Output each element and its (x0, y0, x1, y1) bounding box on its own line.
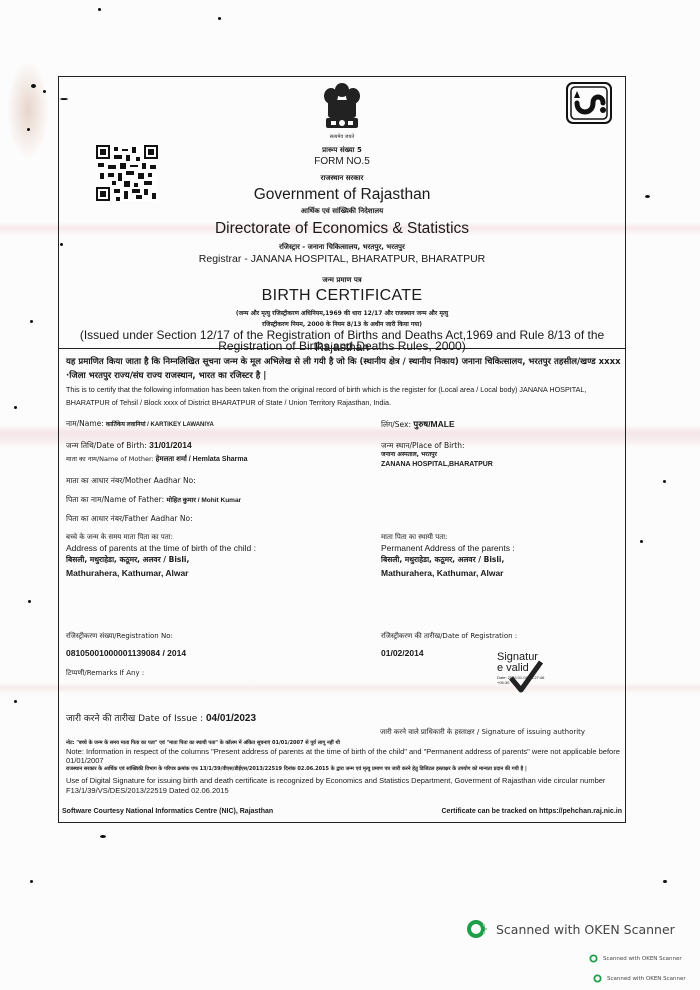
mother-aadhar-field: माता का आधार नंबर/Mother Aadhar No: (66, 475, 196, 486)
certify-english: This is to certify that the following in… (66, 383, 622, 409)
svg-text:सत्यमेव जयते: सत्यमेव जयते (330, 133, 355, 140)
scan-speck (43, 90, 46, 93)
oken-watermark-small-1: Scanned with OKEN Scanner (589, 954, 682, 963)
scan-speck (27, 128, 30, 131)
permanent-address: माता पिता का स्थायी पता: Permanent Addre… (381, 532, 515, 579)
pob-value: ZANANA HOSPITAL,BHARATPUR (381, 461, 493, 468)
scan-speck (14, 700, 17, 703)
father-aadhar-field: पिता का आधार नंबर/Father Aadhar No: (66, 513, 193, 524)
scan-speck (30, 320, 33, 323)
oken-logo-icon (466, 919, 488, 939)
scan-speck (645, 195, 650, 198)
govt-hindi: राजस्थान सरकार (58, 174, 626, 183)
mother-name-field: माता का नाम/Name of Mother: हेमलता शर्मा… (66, 454, 248, 464)
address-at-birth: बच्चे के जन्म के समय माता पिता का पता: A… (66, 532, 256, 579)
digital-signature: Signatur e valid Date: 2023.01.04 14:27:… (497, 652, 557, 702)
issued-hindi-1: (जन्म और मृत्यु रजिस्ट्रीकरण अधिनियम,196… (58, 309, 626, 317)
govt-title: Government of Rajasthan (58, 186, 626, 204)
registrar-title: Registrar - JANANA HOSPITAL, BHARATPUR, … (58, 253, 626, 265)
directorate-title: Directorate of Economics & Statistics (58, 220, 626, 238)
signature-checkmark-icon (507, 660, 543, 696)
scan-speck (28, 600, 31, 603)
oken-watermark-small-2: Scanned with OKEN Scanner (593, 974, 686, 983)
scan-speck (663, 880, 667, 883)
issue-date-field: जारी करने की तारीख Date of Issue : 04/01… (66, 711, 256, 724)
name-field: नाम/Name: कार्तिकेय लवानियां / KARTIKEY … (66, 419, 214, 429)
pob-hindi: जनाना अस्पताल, भरतपुर (381, 450, 437, 458)
certificate-footer: Software Courtesy National Informatics C… (62, 808, 624, 815)
scan-speck (100, 835, 106, 838)
certify-hindi: यह प्रमाणित किया जाता है कि निम्नलिखित स… (66, 355, 622, 383)
reg-no-label: रजिस्ट्रीकरण संख्या/Registration No: (66, 630, 173, 641)
form-no: FORM NO.5 (58, 156, 626, 167)
scan-speck (60, 98, 68, 100)
oken-logo-icon (589, 954, 598, 963)
tracking-link[interactable]: Certificate can be tracked on https://pe… (442, 808, 623, 815)
note-section: नोट: "बच्चे के जन्म के समय माता पिता का … (66, 740, 622, 796)
reg-date-value: 01/02/2014 (381, 648, 424, 658)
scan-speck (60, 243, 63, 246)
scan-speck (218, 17, 221, 20)
father-name-field: पिता का नाम/Name of Father: मोहित कुमार … (66, 494, 241, 505)
reg-no-value: 08105001000001139084 / 2014 (66, 648, 186, 658)
form-no-hindi: प्रारूप संख्या 5 (58, 146, 626, 155)
reg-date-label: रजिस्ट्रीकरण की तारीख/Date of Registrati… (381, 630, 517, 641)
pehchan-logo-icon (566, 82, 612, 124)
scan-speck (14, 406, 17, 409)
remarks-field: टिप्पणी/Remarks If Any : (66, 667, 144, 678)
issuing-authority-signature: जारी करने वाले प्राधिकारी के हस्ताक्षर /… (380, 727, 585, 737)
scan-speck (663, 480, 666, 483)
dob-field: जन्म तिथि/Date of Birth: 31/01/2014 (66, 440, 192, 451)
national-emblem-icon: सत्यमेव जयते (318, 80, 366, 142)
cert-title-hindi: जन्म प्रमाण पत्र (58, 276, 626, 285)
registrar-hindi: रजिस्ट्रार - जनाना चिकित्सालय, भरतपुर, भ… (58, 243, 626, 252)
oken-logo-icon (593, 974, 602, 983)
issued-hindi-2: रजिस्ट्रीकरण नियम, 2000 के नियम 8/13 के … (58, 320, 626, 328)
oken-watermark-large: Scanned with OKEN Scanner (466, 919, 675, 939)
issued-english-2: Registration of Births and Deaths Rules,… (58, 340, 626, 352)
directorate-hindi: आर्थिक एवं सांख्यिकी निदेशालय (58, 207, 626, 216)
scan-speck (640, 540, 643, 543)
scan-speck (30, 880, 33, 883)
scan-speck (98, 8, 101, 11)
nic-courtesy: Software Courtesy National Informatics C… (62, 808, 273, 815)
sex-field: लिंग/Sex: पुरुष/MALE (381, 419, 455, 430)
scan-speck (31, 84, 36, 88)
cert-title: BIRTH CERTIFICATE (58, 287, 626, 305)
